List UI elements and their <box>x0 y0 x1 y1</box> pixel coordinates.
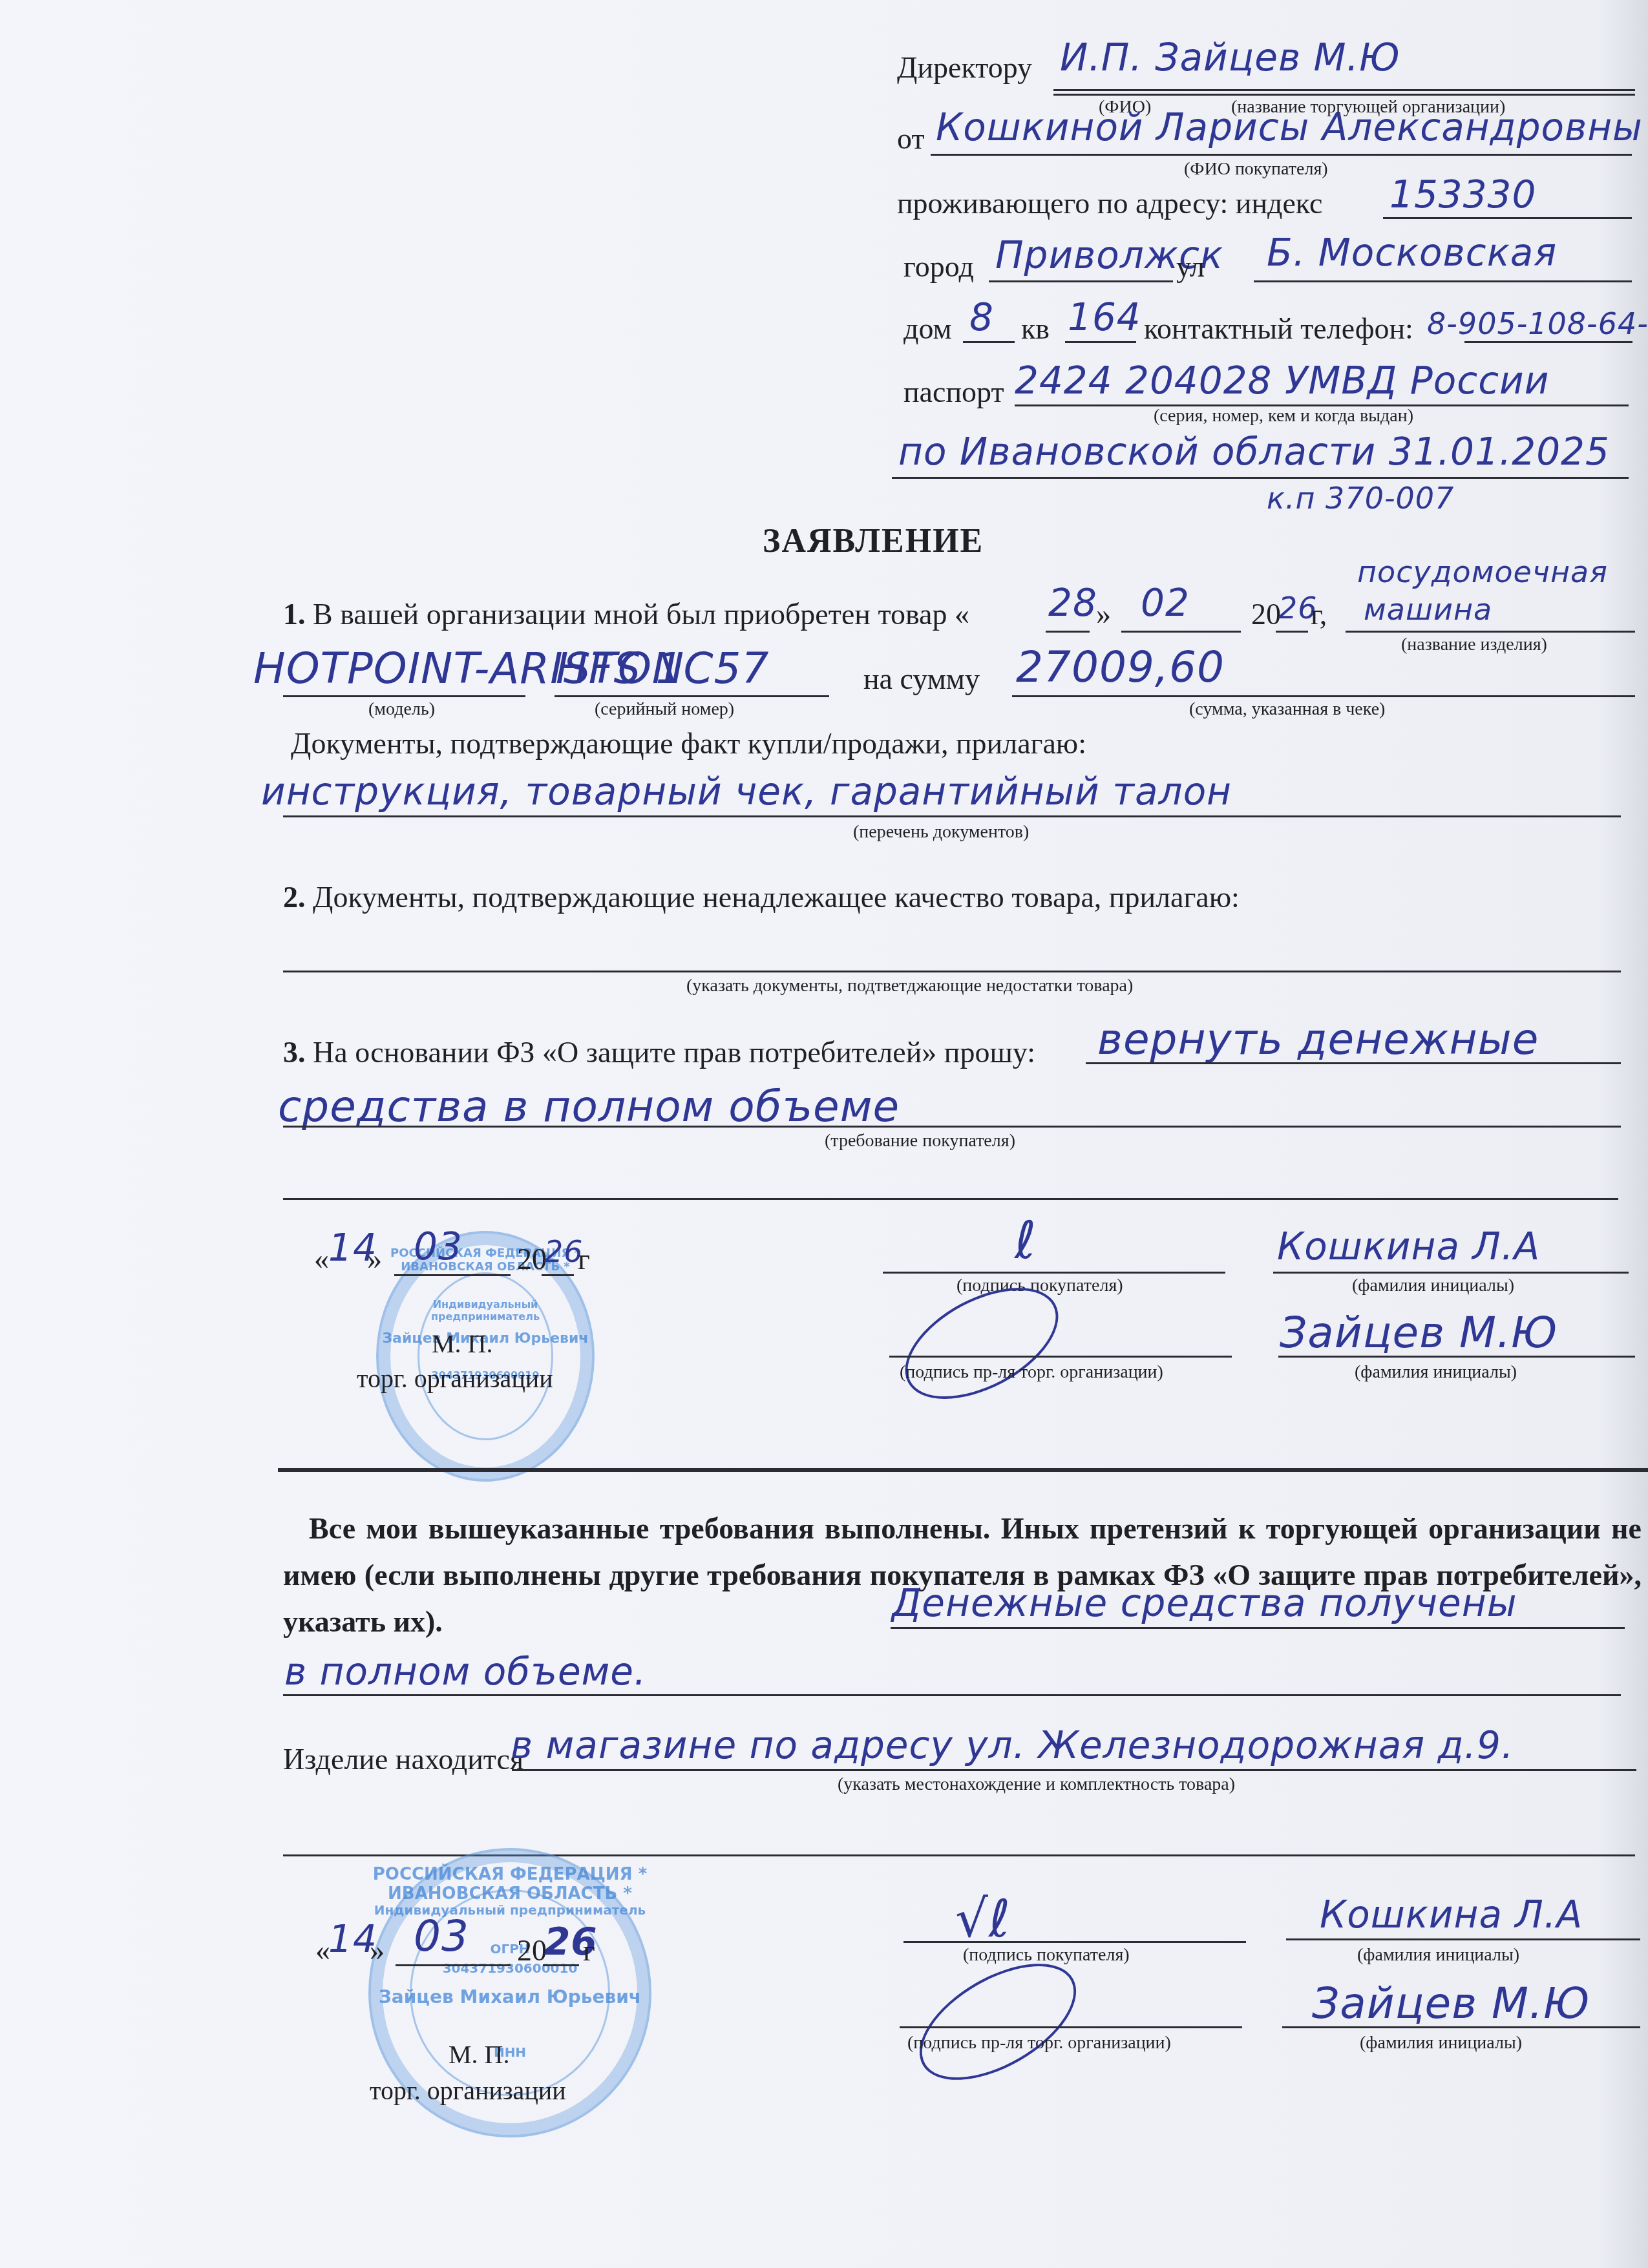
director-value[interactable]: И.П. Зайцев М.Ю <box>1060 39 1400 76</box>
document-page: Директору И.П. Зайцев М.Ю (ФИО) (названи… <box>0 0 1648 2268</box>
section3-field-line1 <box>1086 1062 1621 1064</box>
document-title: ЗАЯВЛЕНИЕ <box>763 522 984 560</box>
section1-number: 1. <box>283 598 306 631</box>
purchase-month-line <box>1121 631 1241 633</box>
docs-caption: (перечень документов) <box>853 823 1029 841</box>
sign2-date-close: » <box>370 1936 385 1966</box>
section3-text: На основании ФЗ «О защите прав потребите… <box>313 1036 1035 1069</box>
sign1-stamp-label-1: М. П. <box>432 1331 492 1357</box>
sign2-month[interactable]: 03 <box>414 1915 469 1958</box>
section3-caption: (требование покупателя) <box>825 1132 1015 1150</box>
serial-value[interactable]: HFS 1C57 <box>556 647 770 690</box>
sign1-seller-sign-caption: (подпись пр-ля торг. организации) <box>900 1363 1163 1381</box>
serial-caption: (серийный номер) <box>595 700 734 719</box>
stamp-bottom-ogrn: 304371930600010 <box>371 1960 649 1976</box>
stamp-bottom-inner-text: Индивидуальный предприниматель <box>371 1902 649 1918</box>
street-value[interactable]: Б. Московская <box>1267 234 1557 271</box>
sign2-month-line <box>396 1964 511 1966</box>
product-field-line <box>1346 631 1635 633</box>
location-field-line <box>512 1769 1636 1771</box>
completion-field-line1 <box>891 1627 1625 1629</box>
sign1-buyer-name[interactable]: Кошкина Л.А <box>1277 1228 1540 1265</box>
stamp-top-inner-text: Индивидуальный предприниматель <box>379 1298 592 1323</box>
sign1-month[interactable]: 03 <box>414 1228 463 1265</box>
sum-label: на сумму <box>863 664 980 694</box>
passport-field-line-2 <box>892 477 1629 479</box>
street-label: ул <box>1176 252 1205 282</box>
section2-number: 2. <box>283 881 306 914</box>
section2-text: Документы, подтверждающие ненадлежащее к… <box>313 881 1240 914</box>
section3-number: 3. <box>283 1036 306 1069</box>
stamp-bottom-name: Зайцев Михаил Юрьевич <box>371 1986 649 2008</box>
from-value[interactable]: Кошкиной Ларисы Александровны <box>936 109 1643 146</box>
purchase-day[interactable]: 28 <box>1048 584 1097 622</box>
phone-value[interactable]: 8-905-108-64-6 <box>1427 309 1648 339</box>
director-field-line <box>1053 89 1635 91</box>
apt-field-line <box>1065 341 1136 343</box>
sign1-date-close: » <box>367 1244 382 1274</box>
section-separator <box>278 1468 1648 1472</box>
purchase-day-line <box>1046 631 1090 633</box>
sign2-seller-sign-line <box>900 2026 1242 2028</box>
from-caption: (ФИО покупателя) <box>1184 160 1328 178</box>
purchase-year-label: г, <box>1311 600 1327 629</box>
stamp-bottom-outer-text: РОССИЙСКАЯ ФЕДЕРАЦИЯ * ИВАНОВСКАЯ ОБЛАСТ… <box>371 1865 649 1904</box>
city-label: город <box>903 252 974 282</box>
location-caption: (указать местонахождение и комплектность… <box>838 1776 1235 1794</box>
sign1-seller-name-line <box>1278 1356 1635 1358</box>
index-field-line <box>1383 217 1632 219</box>
product-caption: (название изделия) <box>1401 636 1547 654</box>
house-field-line <box>963 341 1015 343</box>
sign2-buyer-sign-caption: (подпись покупателя) <box>963 1946 1130 1964</box>
sign2-stamp-label-2: торг. организации <box>370 2078 566 2104</box>
sign2-buyer-name-caption: (фамилия инициалы) <box>1357 1946 1519 1964</box>
sign1-buyer-name-line <box>1273 1272 1629 1274</box>
completion-value-line1[interactable]: Денежные средства получены <box>892 1584 1517 1622</box>
section2-row: 2. Документы, подтверждающие ненадлежаще… <box>283 883 1240 912</box>
sign2-stamp-label-1: М. П. <box>449 2042 509 2068</box>
sign1-year-prefix: 20 <box>517 1244 547 1274</box>
sign2-seller-sign-caption: (подпись пр-ля торг. организации) <box>907 2034 1171 2052</box>
sign1-stamp-label-2: торг. организации <box>357 1366 553 1392</box>
section3-value-line2[interactable]: средства в полном объеме <box>278 1086 900 1128</box>
docs-label: Документы, подтверждающие факт купли/про… <box>291 729 1086 759</box>
section1-row: 1. В вашей организации мной был приобрет… <box>283 600 969 629</box>
sign2-buyer-sign-line <box>903 1941 1246 1943</box>
purchase-year-prefix: 20 <box>1251 600 1281 629</box>
sum-field-line <box>1012 695 1635 697</box>
sign2-year-label: г <box>583 1936 595 1966</box>
sign1-buyer-sign-line <box>883 1272 1225 1274</box>
sign2-seller-name-caption: (фамилия инициалы) <box>1360 2034 1522 2052</box>
sign1-month-line <box>394 1274 511 1276</box>
purchase-year-line <box>1276 631 1308 633</box>
passport-caption: (серия, номер, кем и когда выдан) <box>1154 407 1413 425</box>
apt-label: кв <box>1021 314 1050 344</box>
from-label: от <box>897 124 925 154</box>
city-field-line <box>989 280 1173 282</box>
product-value-line2[interactable]: машина <box>1364 594 1492 624</box>
sign1-buyer-name-caption: (фамилия инициалы) <box>1352 1277 1514 1295</box>
sum-value[interactable]: 27009,60 <box>1016 646 1225 689</box>
stamp-bottom-inn-label: ИНН <box>371 2044 649 2060</box>
purchase-quote-close: » <box>1096 600 1111 629</box>
passport-value-line1[interactable]: 2424 204028 УМВД России <box>1015 362 1549 399</box>
model-field-line <box>283 695 525 697</box>
docs-value[interactable]: инструкция, товарный чек, гарантийный та… <box>261 773 1232 810</box>
sign1-year-line <box>542 1274 574 1276</box>
passport-value-line2[interactable]: по Ивановской области 31.01.2025 <box>898 433 1610 470</box>
section2-field-line <box>283 971 1621 972</box>
purchase-month[interactable]: 02 <box>1141 584 1190 622</box>
docs-field-line <box>283 815 1621 817</box>
sign1-buyer-signature[interactable]: ℓ <box>1015 1215 1037 1266</box>
sign2-seller-name-line <box>1282 2026 1640 2028</box>
index-value[interactable]: 153330 <box>1389 176 1536 213</box>
sign1-date-open: « <box>314 1244 329 1274</box>
sign1-seller-name[interactable]: Зайцев М.Ю <box>1280 1312 1558 1354</box>
product-value-line1[interactable]: посудомоечная <box>1357 557 1608 587</box>
sign2-buyer-signature[interactable]: √ℓ <box>955 1893 1011 1945</box>
sign2-year-prefix: 20 <box>517 1936 547 1966</box>
address-label: проживающего по адресу: индекс <box>897 189 1323 218</box>
phone-label: контактный телефон: <box>1144 314 1413 344</box>
sign2-buyer-name-line <box>1286 1938 1640 1940</box>
director-field-line-2 <box>1053 94 1635 96</box>
sign2-seller-name[interactable]: Зайцев М.Ю <box>1312 1982 1590 2025</box>
sign1-year-label: г <box>578 1244 590 1274</box>
section3-value-line1[interactable]: вернуть денежные <box>1097 1018 1539 1061</box>
location-label: Изделие находится <box>283 1745 523 1774</box>
passport-label: паспорт <box>903 377 1004 407</box>
section3-field-line3 <box>283 1198 1618 1200</box>
street-field-line <box>1254 280 1632 282</box>
phone-field-line <box>1464 341 1632 343</box>
director-label: Директору <box>897 53 1032 83</box>
stamp-bottom-ogrn-label: ОГРН <box>371 1941 649 1957</box>
completion-field-line2 <box>283 1694 1621 1696</box>
completion-value-line2[interactable]: в полном объеме. <box>284 1653 647 1690</box>
section1-text: В вашей организации мной был приобретен … <box>313 598 969 631</box>
house-value[interactable]: 8 <box>969 299 994 336</box>
sign2-year-line <box>543 1964 579 1966</box>
sum-caption: (сумма, указанная в чеке) <box>1189 700 1385 719</box>
sign1-seller-sign-line <box>889 1356 1232 1358</box>
section3-field-line2 <box>283 1126 1621 1128</box>
location-value[interactable]: в магазине по адресу ул. Железнодорожная… <box>511 1727 1514 1764</box>
section3-row: 3. На основании ФЗ «О защите прав потреб… <box>283 1038 1035 1067</box>
serial-field-line <box>555 695 829 697</box>
apt-value[interactable]: 164 <box>1068 299 1141 336</box>
sign2-buyer-name[interactable]: Кошкина Л.А <box>1320 1896 1583 1933</box>
from-field-line <box>931 154 1632 156</box>
model-caption: (модель) <box>368 700 435 719</box>
section2-caption: (указать документы, подтветджающие недос… <box>686 977 1133 995</box>
house-label: дом <box>903 314 952 344</box>
sign1-seller-name-caption: (фамилия инициалы) <box>1355 1363 1517 1381</box>
passport-value-line3[interactable]: к.п 370-007 <box>1267 483 1454 513</box>
